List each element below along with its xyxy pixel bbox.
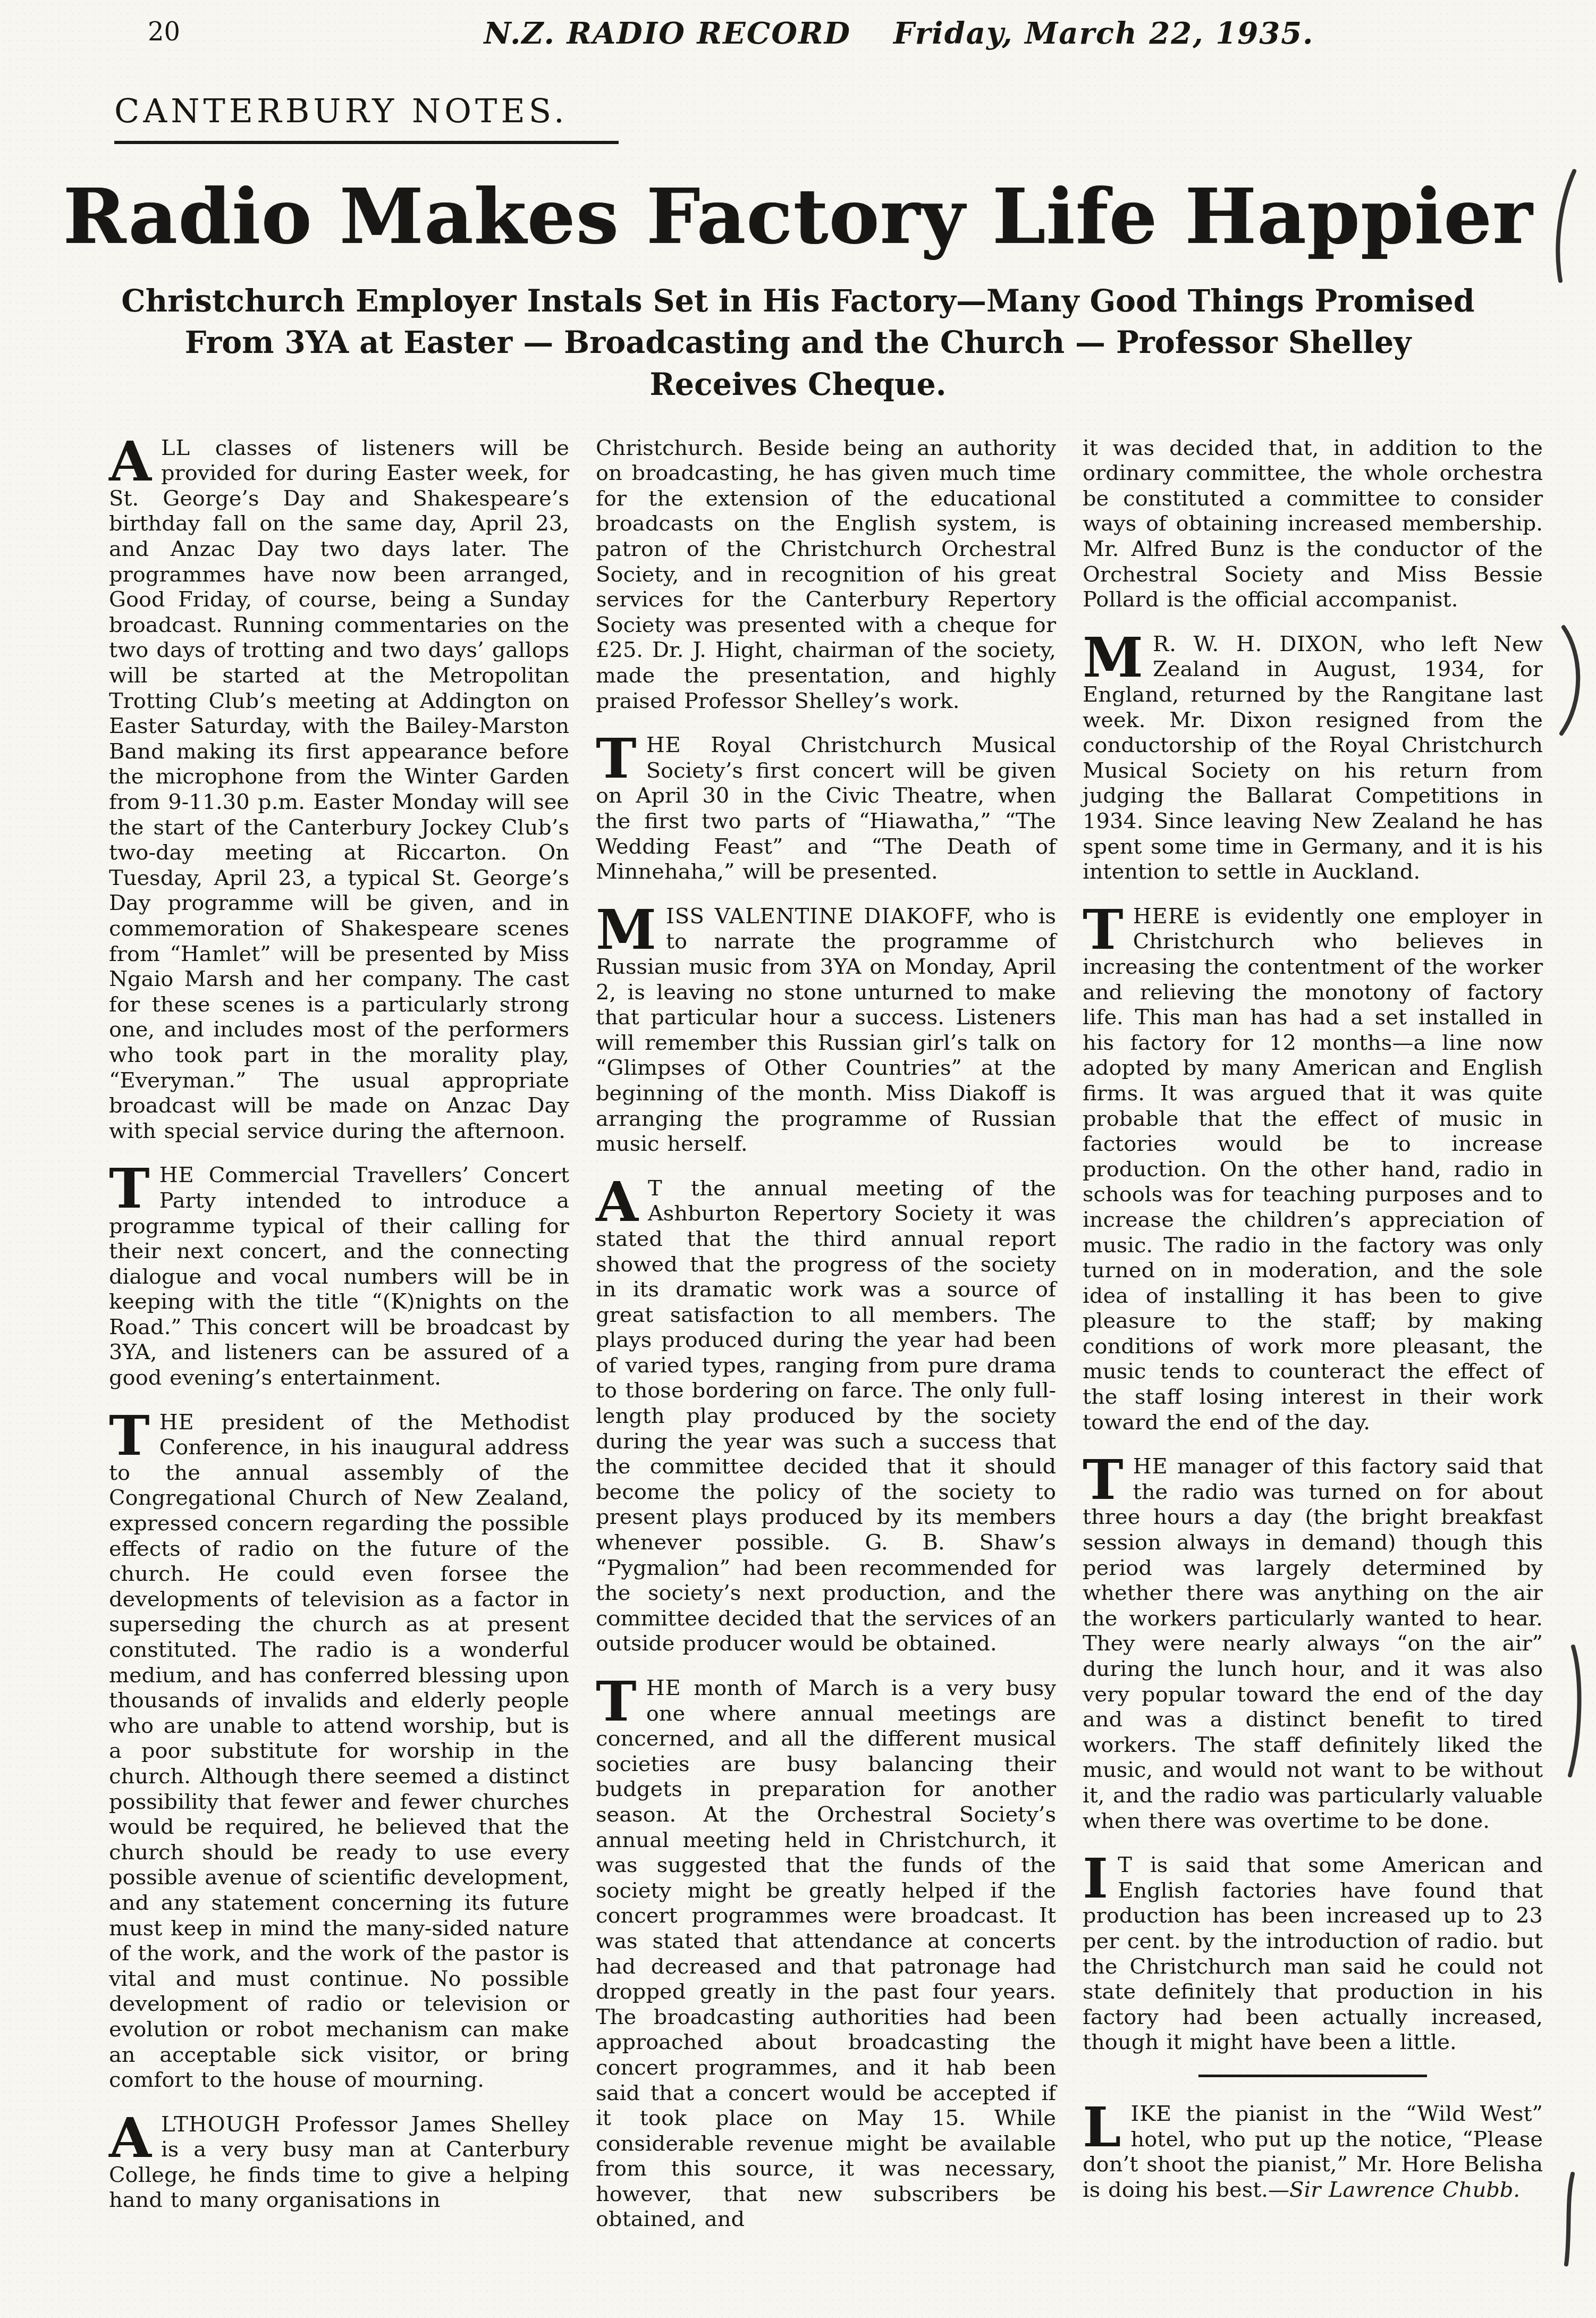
dropcap-letter: A: [109, 436, 161, 484]
paragraph-text: manager of this factory said that the ra…: [1083, 1454, 1543, 1833]
paragraph-lead: HE: [159, 1163, 195, 1187]
paragraph-lead: LTHOUGH: [161, 2112, 281, 2137]
paragraph: IT is said that some American and Englis…: [1083, 1853, 1543, 2055]
section-divider: [1198, 2075, 1427, 2077]
issue-date: Friday, March 22, 1935.: [893, 16, 1314, 51]
newspaper-page: 20 N.Z. RADIO RECORD Friday, March 22, 1…: [0, 0, 1596, 2318]
paragraph-text: is evidently one employer in Christchurc…: [1083, 904, 1543, 1435]
dropcap-letter: I: [1083, 1853, 1118, 1901]
paragraph-lead: ISS VALENTINE DIAKOFF,: [666, 904, 975, 929]
masthead-title: N.Z. RADIO RECORD: [484, 16, 851, 51]
dropcap-letter: L: [1083, 2102, 1130, 2150]
masthead: N.Z. RADIO RECORD Friday, March 22, 1935…: [101, 16, 1596, 51]
dropcap-letter: T: [1083, 904, 1133, 952]
paragraph-lead: HE: [1133, 1454, 1168, 1479]
paragraph: ALL classes of listeners will be provide…: [109, 436, 569, 1144]
paragraph-text: classes of listeners will be provided fo…: [109, 436, 569, 1143]
paragraph-lead: R. W. H. DIXON,: [1153, 632, 1364, 656]
paragraph-text: it was decided that, in addition to the …: [1083, 436, 1543, 612]
paragraph-text: president of the Methodist Conference, i…: [109, 1410, 569, 2092]
dropcap-letter: M: [1083, 632, 1153, 680]
page-header: 20 N.Z. RADIO RECORD Friday, March 22, 1…: [0, 0, 1596, 64]
section-heading-row: CANTERBURY NOTES.: [114, 91, 1596, 144]
paragraph-lead: HE: [646, 1676, 681, 1700]
paragraph-text: the annual meeting of the Ashburton Repe…: [596, 1176, 1056, 1656]
paragraph-lead: LL: [161, 436, 190, 460]
paragraph-lead: HE: [646, 733, 681, 757]
attribution: Sir Lawrence Chubb.: [1289, 2178, 1520, 2202]
pen-mark: [1552, 622, 1594, 739]
paragraph-lead: HERE: [1133, 904, 1201, 929]
dropcap-letter: T: [1083, 1454, 1133, 1502]
paragraph-continuation: it was decided that, in addition to the …: [1083, 436, 1543, 613]
pen-mark: [1557, 1642, 1594, 1781]
paragraph-text: Commercial Travellers’ Concert Party int…: [109, 1163, 569, 1390]
paragraph-text: Christchurch. Beside being an authority …: [596, 436, 1056, 713]
paragraph-continuation: Christchurch. Beside being an authority …: [596, 436, 1056, 714]
dropcap-letter: T: [109, 1410, 159, 1458]
column-3: it was decided that, in addition to the …: [1083, 436, 1543, 2252]
paragraph: THE Commercial Travellers’ Concert Party…: [109, 1163, 569, 1390]
article-headline: Radio Makes Factory Life Happier: [16, 177, 1580, 256]
paragraph: THE manager of this factory said that th…: [1083, 1454, 1543, 1834]
paragraph: MISS VALENTINE DIAKOFF, who is to narrat…: [596, 904, 1056, 1157]
dropcap-letter: A: [109, 2112, 161, 2160]
paragraph-text: is said that some American and English f…: [1083, 1853, 1543, 2054]
column-2: Christchurch. Beside being an authority …: [596, 436, 1056, 2252]
article-subhead: Christchurch Employer Instals Set in His…: [113, 281, 1484, 406]
paragraph: THE Royal Christchurch Musical Society’s…: [596, 733, 1056, 885]
paragraph: THE month of March is a very busy one wh…: [596, 1676, 1056, 2232]
paragraph: THE president of the Methodist Conferenc…: [109, 1410, 569, 2093]
dropcap-letter: T: [596, 1676, 646, 1724]
dropcap-letter: A: [596, 1176, 648, 1224]
paragraph: THERE is evidently one employer in Chris…: [1083, 904, 1543, 1435]
pen-mark: [1555, 2169, 1586, 2270]
dropcap-letter: T: [109, 1163, 159, 1211]
dropcap-letter: T: [596, 733, 646, 781]
paragraph: MR. W. H. DIXON, who left New Zealand in…: [1083, 632, 1543, 885]
paragraph-text: month of March is a very busy one where …: [596, 1676, 1056, 2231]
paragraph: ALTHOUGH Professor James Shelley is a ve…: [109, 2112, 569, 2213]
paragraph: LIKE the pianist in the “Wild West” hote…: [1083, 2102, 1543, 2203]
paragraph-lead: HE: [159, 1410, 195, 1435]
paragraph-lead: T: [648, 1176, 663, 1201]
column-1: ALL classes of listeners will be provide…: [109, 436, 569, 2252]
paragraph-lead: IKE: [1130, 2102, 1172, 2126]
article-body: ALL classes of listeners will be provide…: [109, 436, 1543, 2252]
paragraph-lead: T: [1118, 1853, 1133, 1877]
section-heading: CANTERBURY NOTES.: [114, 91, 619, 144]
paragraph: AT the annual meeting of the Ashburton R…: [596, 1176, 1056, 1657]
dropcap-letter: M: [596, 904, 666, 952]
